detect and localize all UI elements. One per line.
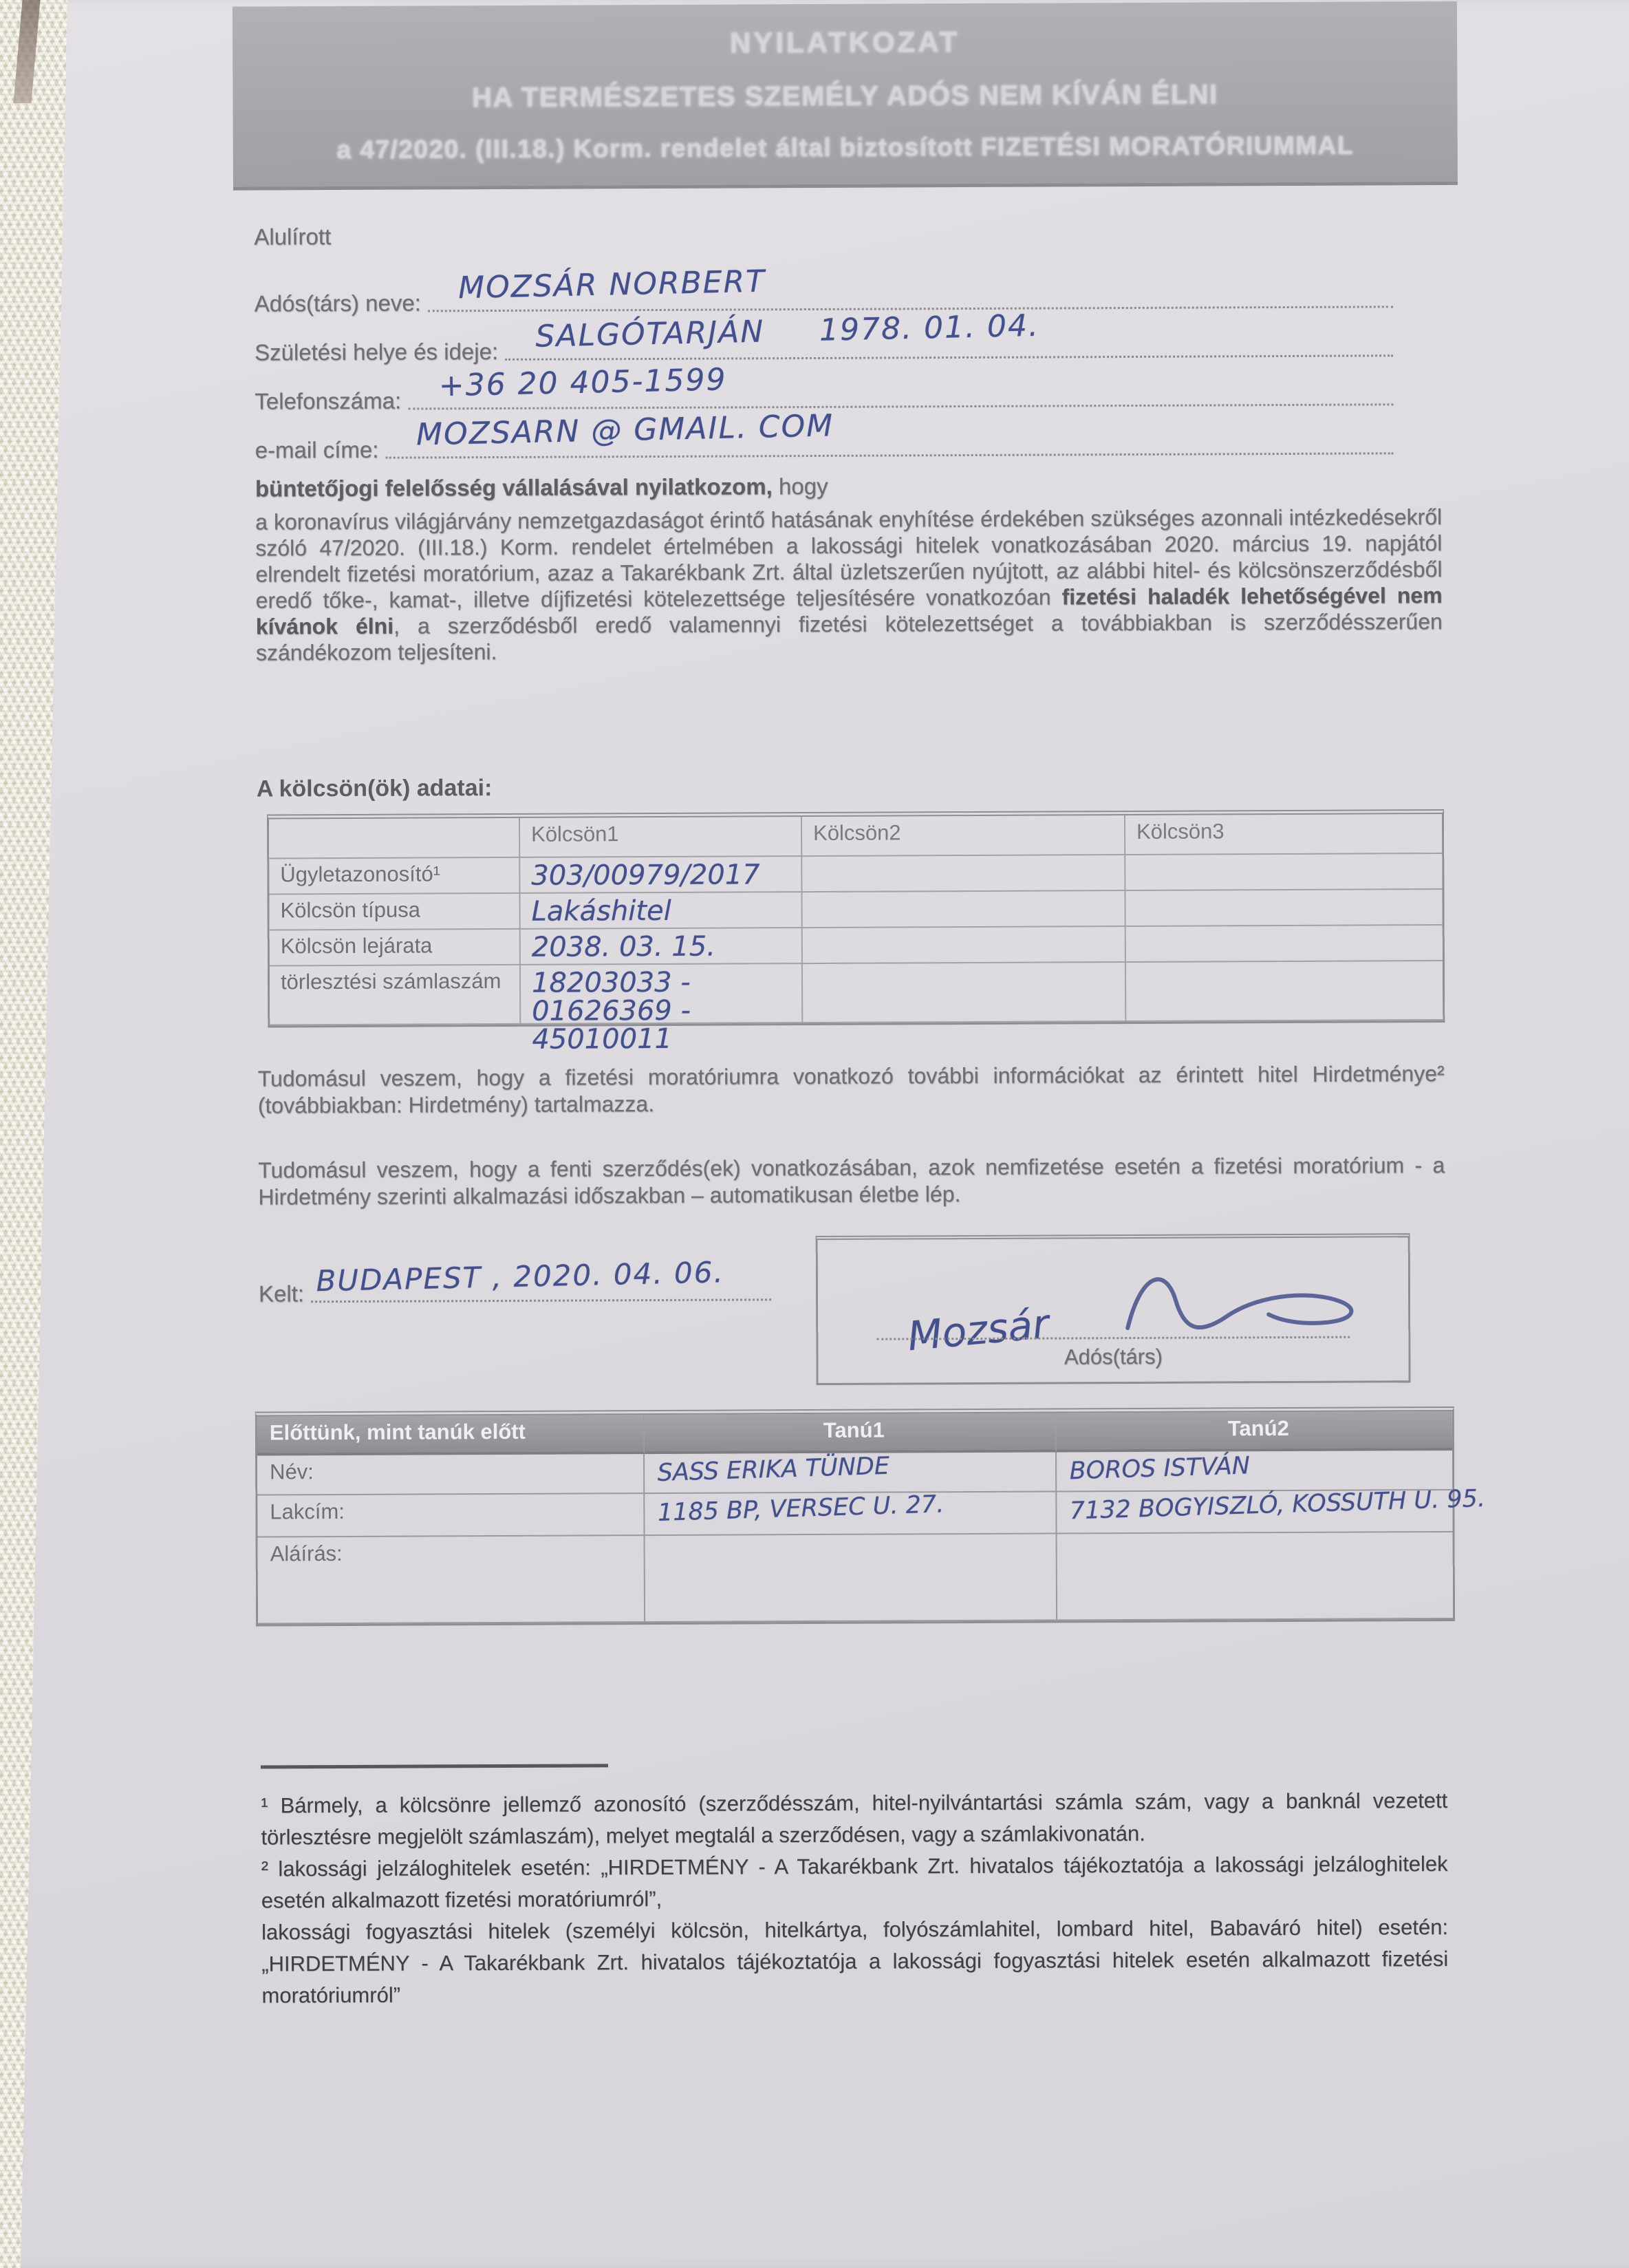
loan-table-heading: A kölcsön(ök) adatai: [257,771,1443,803]
witness1-address-handwritten: 1185 BP, VERSEC U. 27. [657,1490,945,1527]
witness-header-t2: Tanú2 [1057,1411,1452,1453]
witness2-name-handwritten: BOROS ISTVÁN [1069,1452,1250,1485]
witness-address-t2-cell: 7132 BOGYISZLÓ, KOSSUTH U. 95. [1057,1490,1452,1534]
loan-type-k3-cell [1125,890,1442,927]
loan-row-account-label: törlesztési számlaszám [270,965,521,1026]
footnote-3: lakossági fogyasztási hitelek (személyi … [261,1912,1449,2012]
witness-name-t1-cell: SASS ERIKA TÜNDE [645,1452,1057,1494]
email-dotted-line: MOZSARN @ GMAIL. COM [385,452,1393,458]
loan-row-id-label: Ügyletazonosító¹ [269,858,520,895]
loan-type-handwritten: Lakáshitel [531,895,671,928]
loan-id-k2-cell [802,855,1125,892]
date-label: Kelt: [259,1281,304,1308]
loan-table: Kölcsön1 Kölcsön2 Kölcsön3 Ügyletazonosí… [267,809,1445,1027]
statement-tail: hogy [773,473,828,499]
intro-word: Alulírott [254,219,1441,250]
loan-header-blank [269,818,520,859]
witness-address-t1-cell: 1185 BP, VERSEC U. 27. [645,1492,1057,1536]
page-subtitle-decree: a 47/2020. (III.18.) Korm. rendelet álta… [336,131,1354,164]
loan-row-type-label: Kölcsön típusa [269,894,520,931]
name-handwritten-value: MOZSÁR NORBERT [458,264,766,306]
loan-expiry-handwritten: 2038. 03. 15. [532,931,715,963]
name-field-label: Adós(társ) neve: [255,290,421,319]
statement-bold: büntetőjogi felelősség vállalásával nyil… [255,473,773,501]
loan-row-expiry-label: Kölcsön lejárata [270,930,521,967]
field-row-email: e-mail címe: MOZSARN @ GMAIL. COM [255,412,1393,466]
loan-account-k2-cell [803,963,1126,1023]
loan-expiry-k1-cell: 2038. 03. 15. [521,928,803,965]
date-dotted-line: BUDAPEST , 2020. 04. 06. [311,1298,771,1303]
phone-dotted-line: +36 20 405-1599 [408,403,1393,409]
declaration-post: , a szerződésből eredő valamennyi fizeté… [256,609,1443,665]
signature-role-label: Adós(társ) [818,1343,1408,1371]
birth-dotted-line: SALGÓTARJÁN 1978. 01. 04. [505,354,1393,361]
loan-header-k1: Kölcsön1 [520,817,802,858]
page-content: NYILATKOZAT HA TERMÉSZETES SZEMÉLY ADÓS … [0,0,1629,2268]
loan-account-handwritten: 18203033 - 01626369 - 45010011 [532,967,691,1056]
loan-id-k1-cell: 303/00979/2017 [520,857,802,894]
phone-handwritten-value: +36 20 405-1599 [438,362,727,403]
footnotes: ¹ Bármely, a kölcsönre jellemző azonosít… [261,1785,1448,2012]
page-title: NYILATKOZAT [730,25,960,59]
email-field-label: e-mail címe: [255,437,379,467]
witness-signature-t2-cell [1057,1532,1454,1621]
acknowledgement-1: Tudomásul veszem, hogy a fizetési morató… [258,1060,1445,1120]
witness-table: Előttünk, mint tanúk előtt Tanú1 Tanú2 N… [255,1406,1455,1627]
witness-header-left: Előttünk, mint tanúk előtt [257,1415,645,1455]
signature-box: Mozsár Adós(társ) [816,1233,1411,1385]
date-line: Kelt: BUDAPEST , 2020. 04. 06. [259,1258,771,1308]
field-row-name: Adós(társ) neve: MOZSÁR NORBERT [255,266,1393,319]
witness-row-signature-label: Aláírás: [258,1536,646,1624]
phone-field-label: Telefonszáma: [255,388,401,418]
loan-id-k3-cell [1125,854,1442,891]
footnote-2: ² lakossági jelzáloghitelek esetén: „HIR… [261,1848,1448,1917]
loan-type-k1-cell: Lakáshitel [520,892,802,930]
document-photo: NYILATKOZAT HA TERMÉSZETES SZEMÉLY ADÓS … [0,0,1629,2268]
witness1-name-handwritten: SASS ERIKA TÜNDE [657,1453,890,1487]
loan-type-k2-cell [802,891,1125,928]
statement-line: büntetőjogi felelősség vállalásával nyil… [255,471,1442,502]
page-subtitle: HA TERMÉSZETES SZEMÉLY ADÓS NEM KÍVÁN ÉL… [472,79,1218,114]
title-box: NYILATKOZAT HA TERMÉSZETES SZEMÉLY ADÓS … [233,1,1458,191]
field-row-birth: Születési helye és ideje: SALGÓTARJÁN 19… [255,314,1393,368]
witness-row-address-label: Lakcím: [257,1494,645,1537]
loan-account-k3-cell [1126,961,1443,1022]
loan-header-k2: Kölcsön2 [802,815,1125,857]
loan-expiry-k3-cell [1126,926,1443,963]
birth-field-label: Születési helye és ideje: [255,339,498,369]
debtor-fields: Adós(társ) neve: MOZSÁR NORBERT Születés… [255,266,1394,466]
loan-header-k3: Kölcsön3 [1125,814,1442,855]
loan-id-handwritten: 303/00979/2017 [531,859,760,891]
loan-expiry-k2-cell [803,927,1126,964]
footnote-separator [261,1764,608,1768]
witness-signature-t1-cell [645,1534,1058,1623]
declaration-paragraph: a koronavírus világjárvány nemzetgazdasá… [255,504,1443,666]
witness-row-name-label: Név: [257,1454,645,1495]
date-handwritten-value: BUDAPEST , 2020. 04. 06. [316,1255,724,1298]
acknowledgement-2: Tudomásul veszem, hogy a fenti szerződés… [258,1152,1445,1211]
witness-name-t2-cell: BOROS ISTVÁN [1057,1451,1452,1493]
loan-account-k1-cell: 18203033 - 01626369 - 45010011 [521,964,803,1025]
witness-header-t1: Tanú1 [645,1413,1057,1454]
footnote-1: ¹ Bármely, a kölcsönre jellemző azonosít… [261,1785,1447,1854]
